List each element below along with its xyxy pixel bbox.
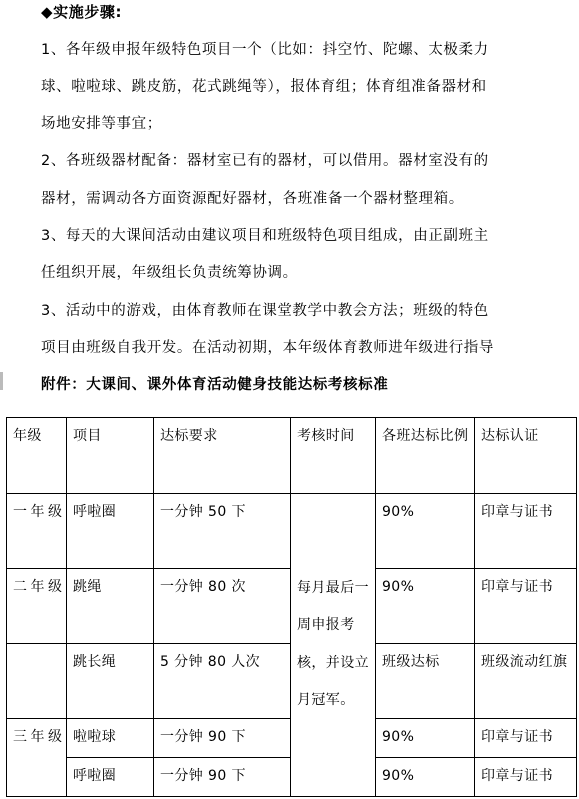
cert-cell: 印章与证书 bbox=[475, 569, 577, 644]
ratio-cell: 90% bbox=[376, 494, 475, 569]
ratio-cell: 班级达标 bbox=[376, 644, 475, 719]
table-header-row: 年级 项目 达标要求 考核时间 各班达标比例 达标认证 bbox=[7, 418, 577, 494]
header-item: 项目 bbox=[67, 418, 154, 494]
header-ratio: 各班达标比例 bbox=[376, 418, 475, 494]
item-cell: 呼啦圈 bbox=[67, 758, 154, 797]
header-grade: 年级 bbox=[7, 418, 67, 494]
cert-cell: 班级流动红旗 bbox=[475, 644, 577, 719]
ratio-cell: 90% bbox=[376, 719, 475, 758]
item-cell: 啦啦球 bbox=[67, 719, 154, 758]
header-assessment-time: 考核时间 bbox=[291, 418, 376, 494]
standards-table: 年级 项目 达标要求 考核时间 各班达标比例 达标认证 一年级 呼啦圈 一分钟 … bbox=[6, 417, 577, 797]
grade-cell bbox=[7, 644, 67, 719]
section-heading: ◆实施步骤: bbox=[41, 1, 122, 22]
requirement-cell: 一分钟 90 下 bbox=[154, 758, 291, 797]
margin-marker bbox=[0, 372, 3, 390]
item-cell: 跳绳 bbox=[67, 569, 154, 644]
requirement-cell: 一分钟 90 下 bbox=[154, 719, 291, 758]
item-cell: 呼啦圈 bbox=[67, 494, 154, 569]
cert-cell: 印章与证书 bbox=[475, 758, 577, 797]
paragraph-line: 2、各班级器材配备：器材室已有的器材，可以借用。器材室没有的 bbox=[41, 149, 489, 170]
grade-cell: 二年级 bbox=[7, 569, 67, 644]
paragraph-line: 球、啦啦球、跳皮筋，花式跳绳等），报体育组；体育组准备器材和 bbox=[41, 75, 487, 96]
paragraph-line: 3、每天的大课间活动由建议项目和班级特色项目组成，由正副班主 bbox=[41, 224, 489, 245]
ratio-cell: 90% bbox=[376, 569, 475, 644]
header-certification: 达标认证 bbox=[475, 418, 577, 494]
grade-cell: 三年级 bbox=[7, 719, 67, 797]
requirement-cell: 5 分钟 80 人次 bbox=[154, 644, 291, 719]
paragraph-line: 场地安排等事宜； bbox=[41, 112, 162, 133]
item-cell: 跳长绳 bbox=[67, 644, 154, 719]
header-requirement: 达标要求 bbox=[154, 418, 291, 494]
ratio-cell: 90% bbox=[376, 758, 475, 797]
table-row: 一年级 呼啦圈 一分钟 50 下 每月最后一周申报考核，并设立月冠军。 90% … bbox=[7, 494, 577, 569]
paragraph-line: 1、各年级申报年级特色项目一个（比如：抖空竹、陀螺、太极柔力 bbox=[41, 38, 489, 59]
paragraph-line: 3、活动中的游戏，由体育教师在课堂教学中教会方法；班级的特色 bbox=[41, 299, 489, 320]
assessment-time-cell: 每月最后一周申报考核，并设立月冠军。 bbox=[291, 494, 376, 797]
requirement-cell: 一分钟 50 下 bbox=[154, 494, 291, 569]
cert-cell: 印章与证书 bbox=[475, 719, 577, 758]
attachment-title: 附件：大课间、课外体育活动健身技能达标考核标准 bbox=[41, 373, 388, 394]
paragraph-line: 任组织开展，年级组长负责统筹协调。 bbox=[41, 261, 298, 282]
cert-cell: 印章与证书 bbox=[475, 494, 577, 569]
paragraph-line: 项目由班级自我开发。在活动初期，本年级体育教师进年级进行指导 bbox=[41, 336, 494, 357]
grade-cell: 一年级 bbox=[7, 494, 67, 569]
requirement-cell: 一分钟 80 次 bbox=[154, 569, 291, 644]
paragraph-line: 器材，需调动各方面资源配好器材，各班准备一个器材整理箱。 bbox=[41, 187, 464, 208]
